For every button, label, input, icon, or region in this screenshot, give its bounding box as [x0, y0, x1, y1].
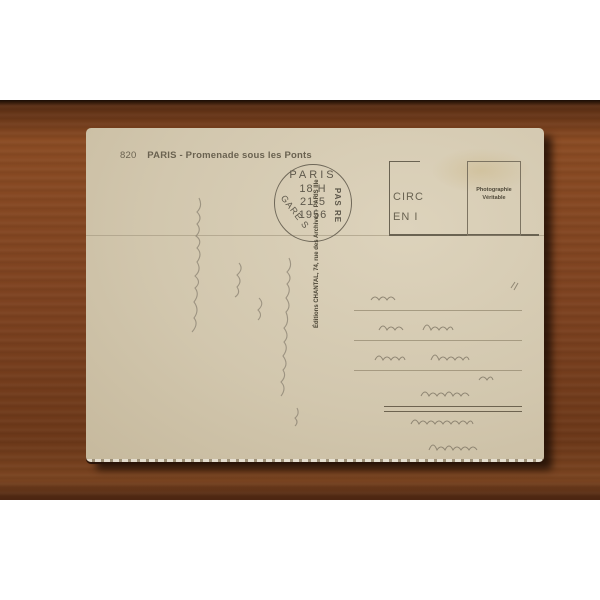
stamp-box-text: Photographie Véritable	[468, 186, 520, 202]
postcard: 820 PARIS - Promenade sous les Ponts PAR…	[86, 128, 544, 462]
handwriting-message	[181, 188, 311, 448]
flag-text-2: EN I	[393, 211, 418, 223]
postcard-caption: 820 PARIS - Promenade sous les Ponts	[120, 150, 312, 161]
flag-cancel: CIRC EN I Photographie Véritable	[389, 161, 539, 236]
caption-title: PARIS - Promenade sous les Ponts	[147, 150, 312, 161]
stamp-line-2: Véritable	[468, 194, 520, 202]
postmark-office-right: PAS RE	[333, 188, 342, 223]
caption-number: 820	[120, 150, 136, 161]
postmark-city: PARIS	[275, 169, 351, 181]
card-deckle-edge	[86, 459, 544, 462]
flag-text-1: CIRC	[393, 191, 424, 203]
stamp-box: Photographie Véritable	[467, 161, 521, 236]
stamp-line-1: Photographie	[468, 186, 520, 194]
publisher-text: Éditions CHANTAL, 74, rue des Archives -…	[314, 179, 320, 328]
handwriting-address	[351, 278, 531, 458]
